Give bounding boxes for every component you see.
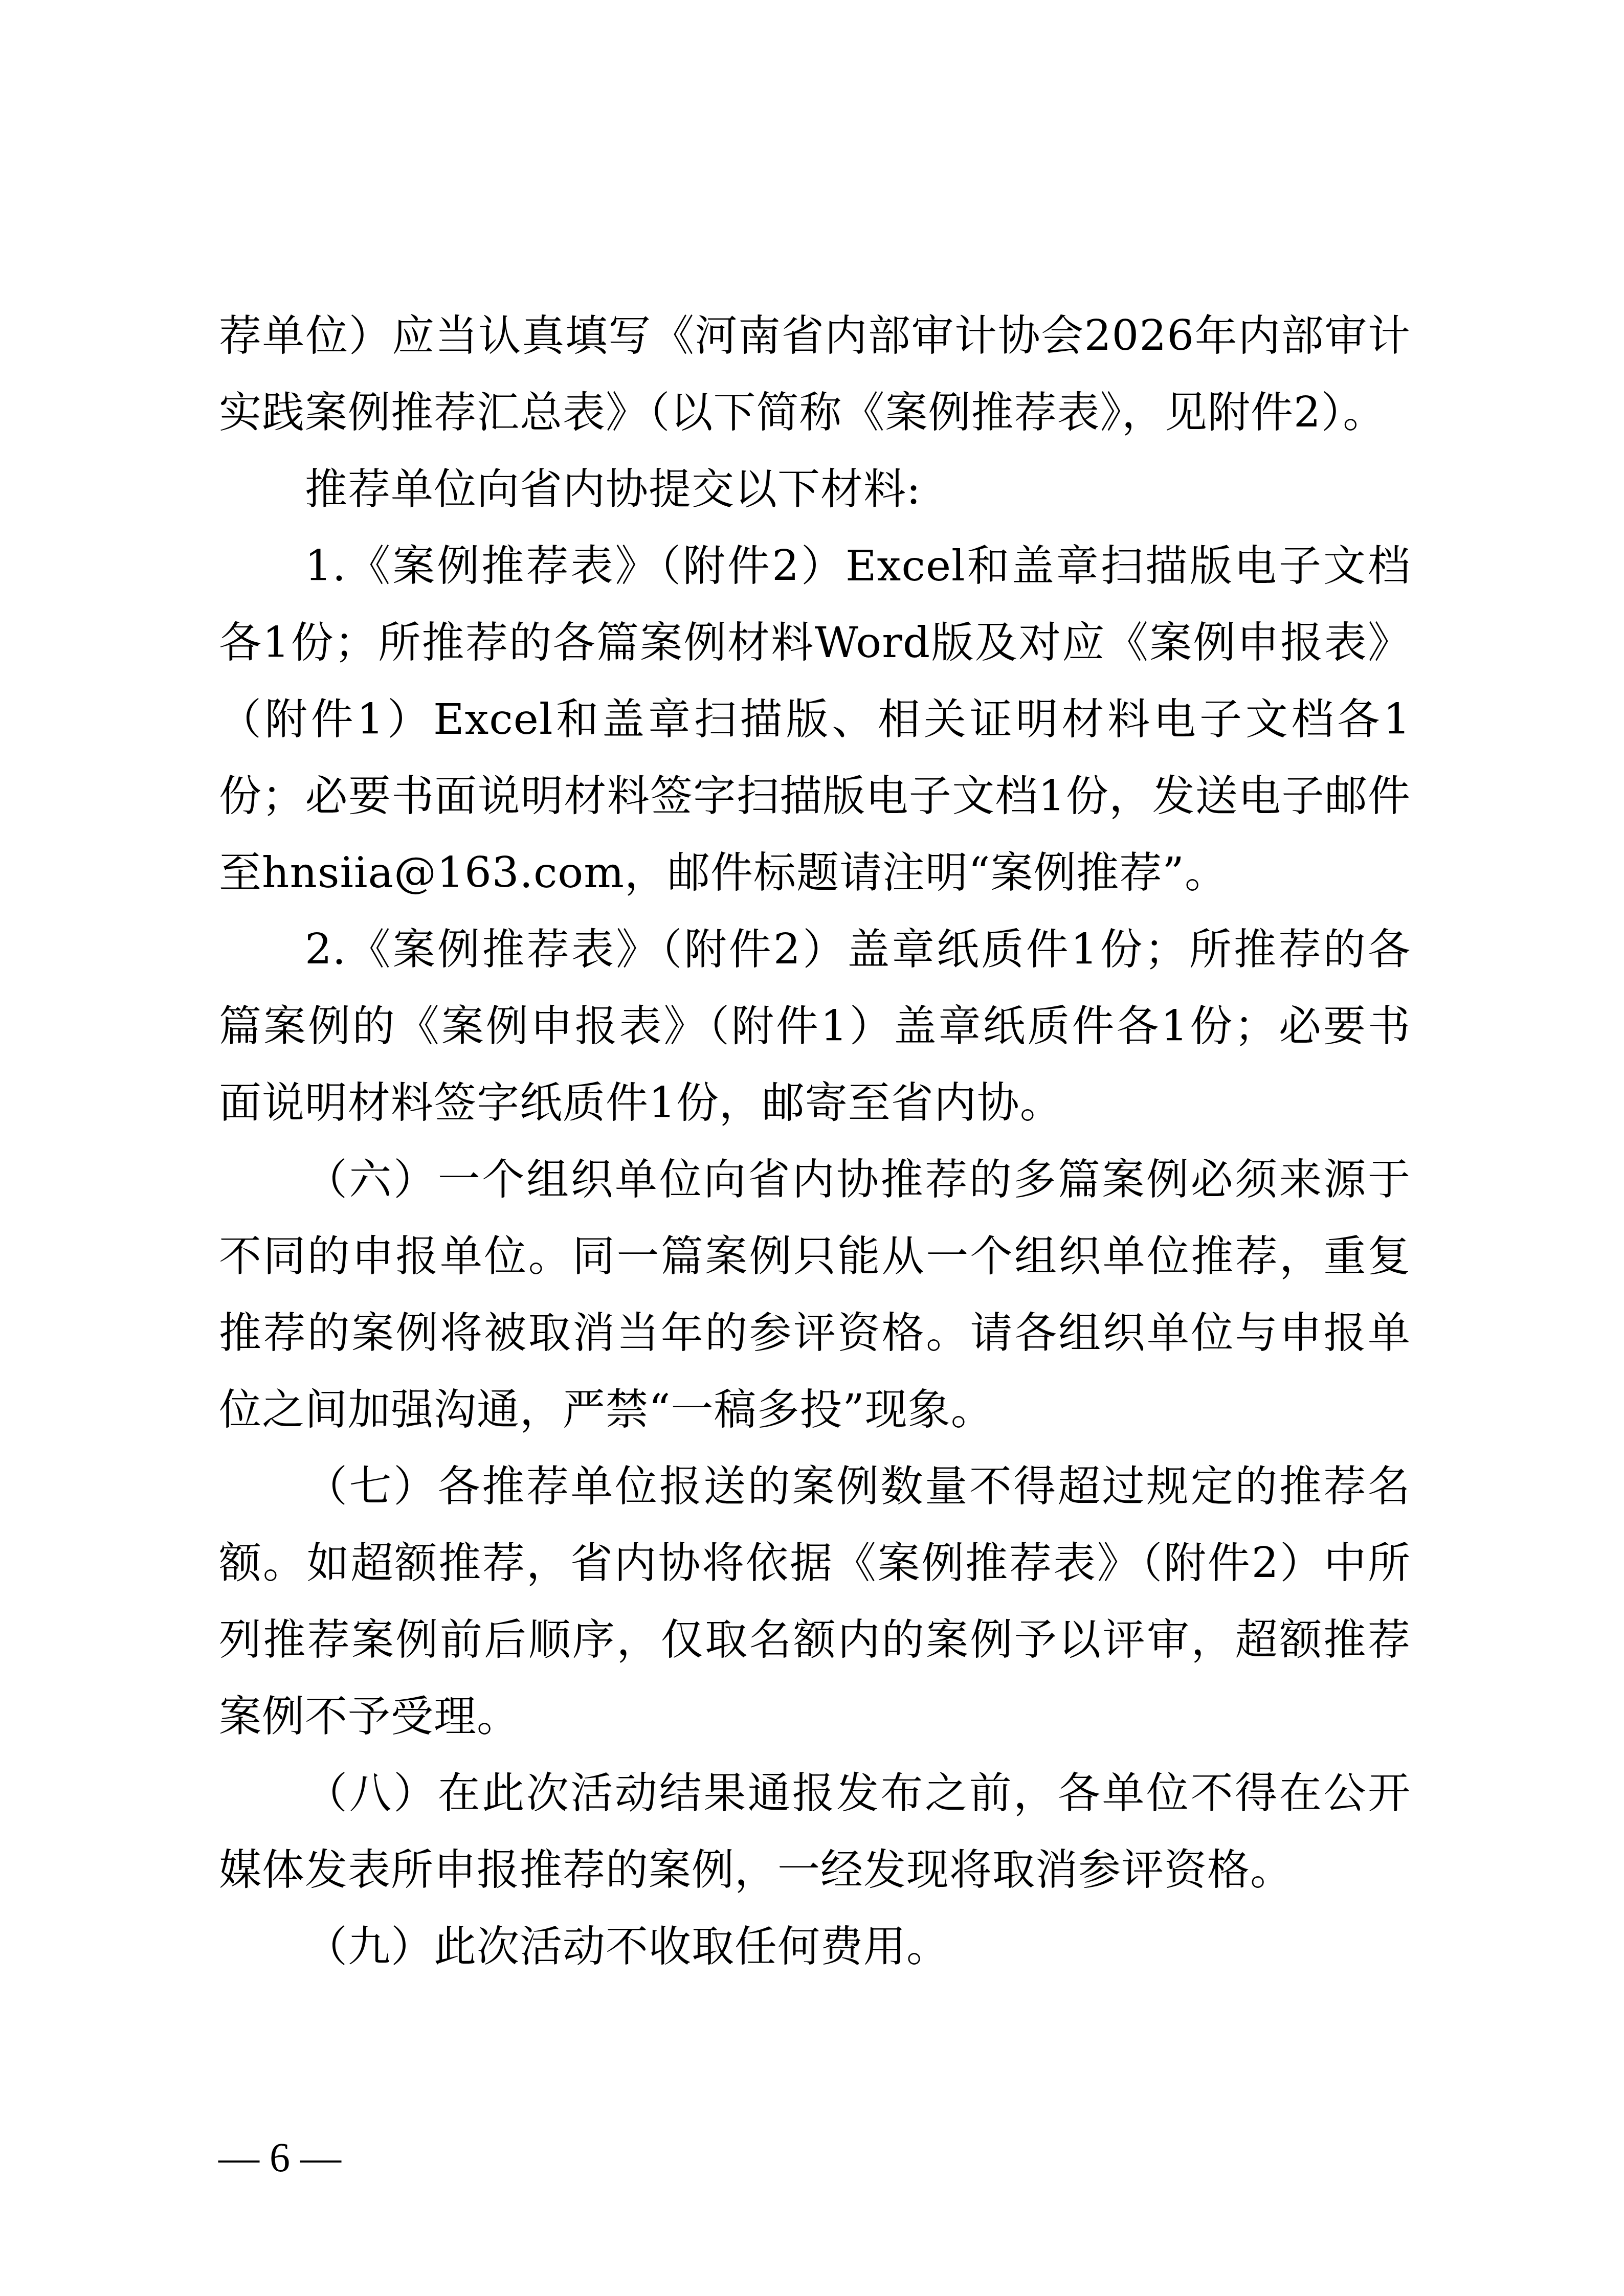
paragraph-section-9: （九）此次活动不收取任何费用。 [219, 1908, 1411, 1985]
page-number: — 6 — [218, 2135, 341, 2181]
paragraph-continuation: 荐单位）应当认真填写《河南省内部审计协会2026年内部审计实践案例推荐汇总表》（… [219, 298, 1411, 451]
paragraph-materials-intro: 推荐单位向省内协提交以下材料: [219, 451, 1411, 528]
document-page: 荐单位）应当认真填写《河南省内部审计协会2026年内部审计实践案例推荐汇总表》（… [0, 0, 1624, 2296]
paragraph-section-8: （八）在此次活动结果通报发布之前，各单位不得在公开媒体发表所申报推荐的案例，一经… [219, 1755, 1411, 1908]
paragraph-section-7: （七）各推荐单位报送的案例数量不得超过规定的推荐名额。如超额推荐，省内协将依据《… [219, 1448, 1411, 1755]
paragraph-item-2: 2.《案例推荐表》（附件2）盖章纸质件1份；所推荐的各篇案例的《案例申报表》（附… [219, 911, 1411, 1141]
paragraph-item-1: 1.《案例推荐表》（附件2）Excel和盖章扫描版电子文档各1份；所推荐的各篇案… [219, 528, 1411, 911]
paragraph-section-6: （六）一个组织单位向省内协推荐的多篇案例必须来源于不同的申报单位。同一篇案例只能… [219, 1141, 1411, 1448]
document-body: 荐单位）应当认真填写《河南省内部审计协会2026年内部审计实践案例推荐汇总表》（… [219, 298, 1411, 1985]
